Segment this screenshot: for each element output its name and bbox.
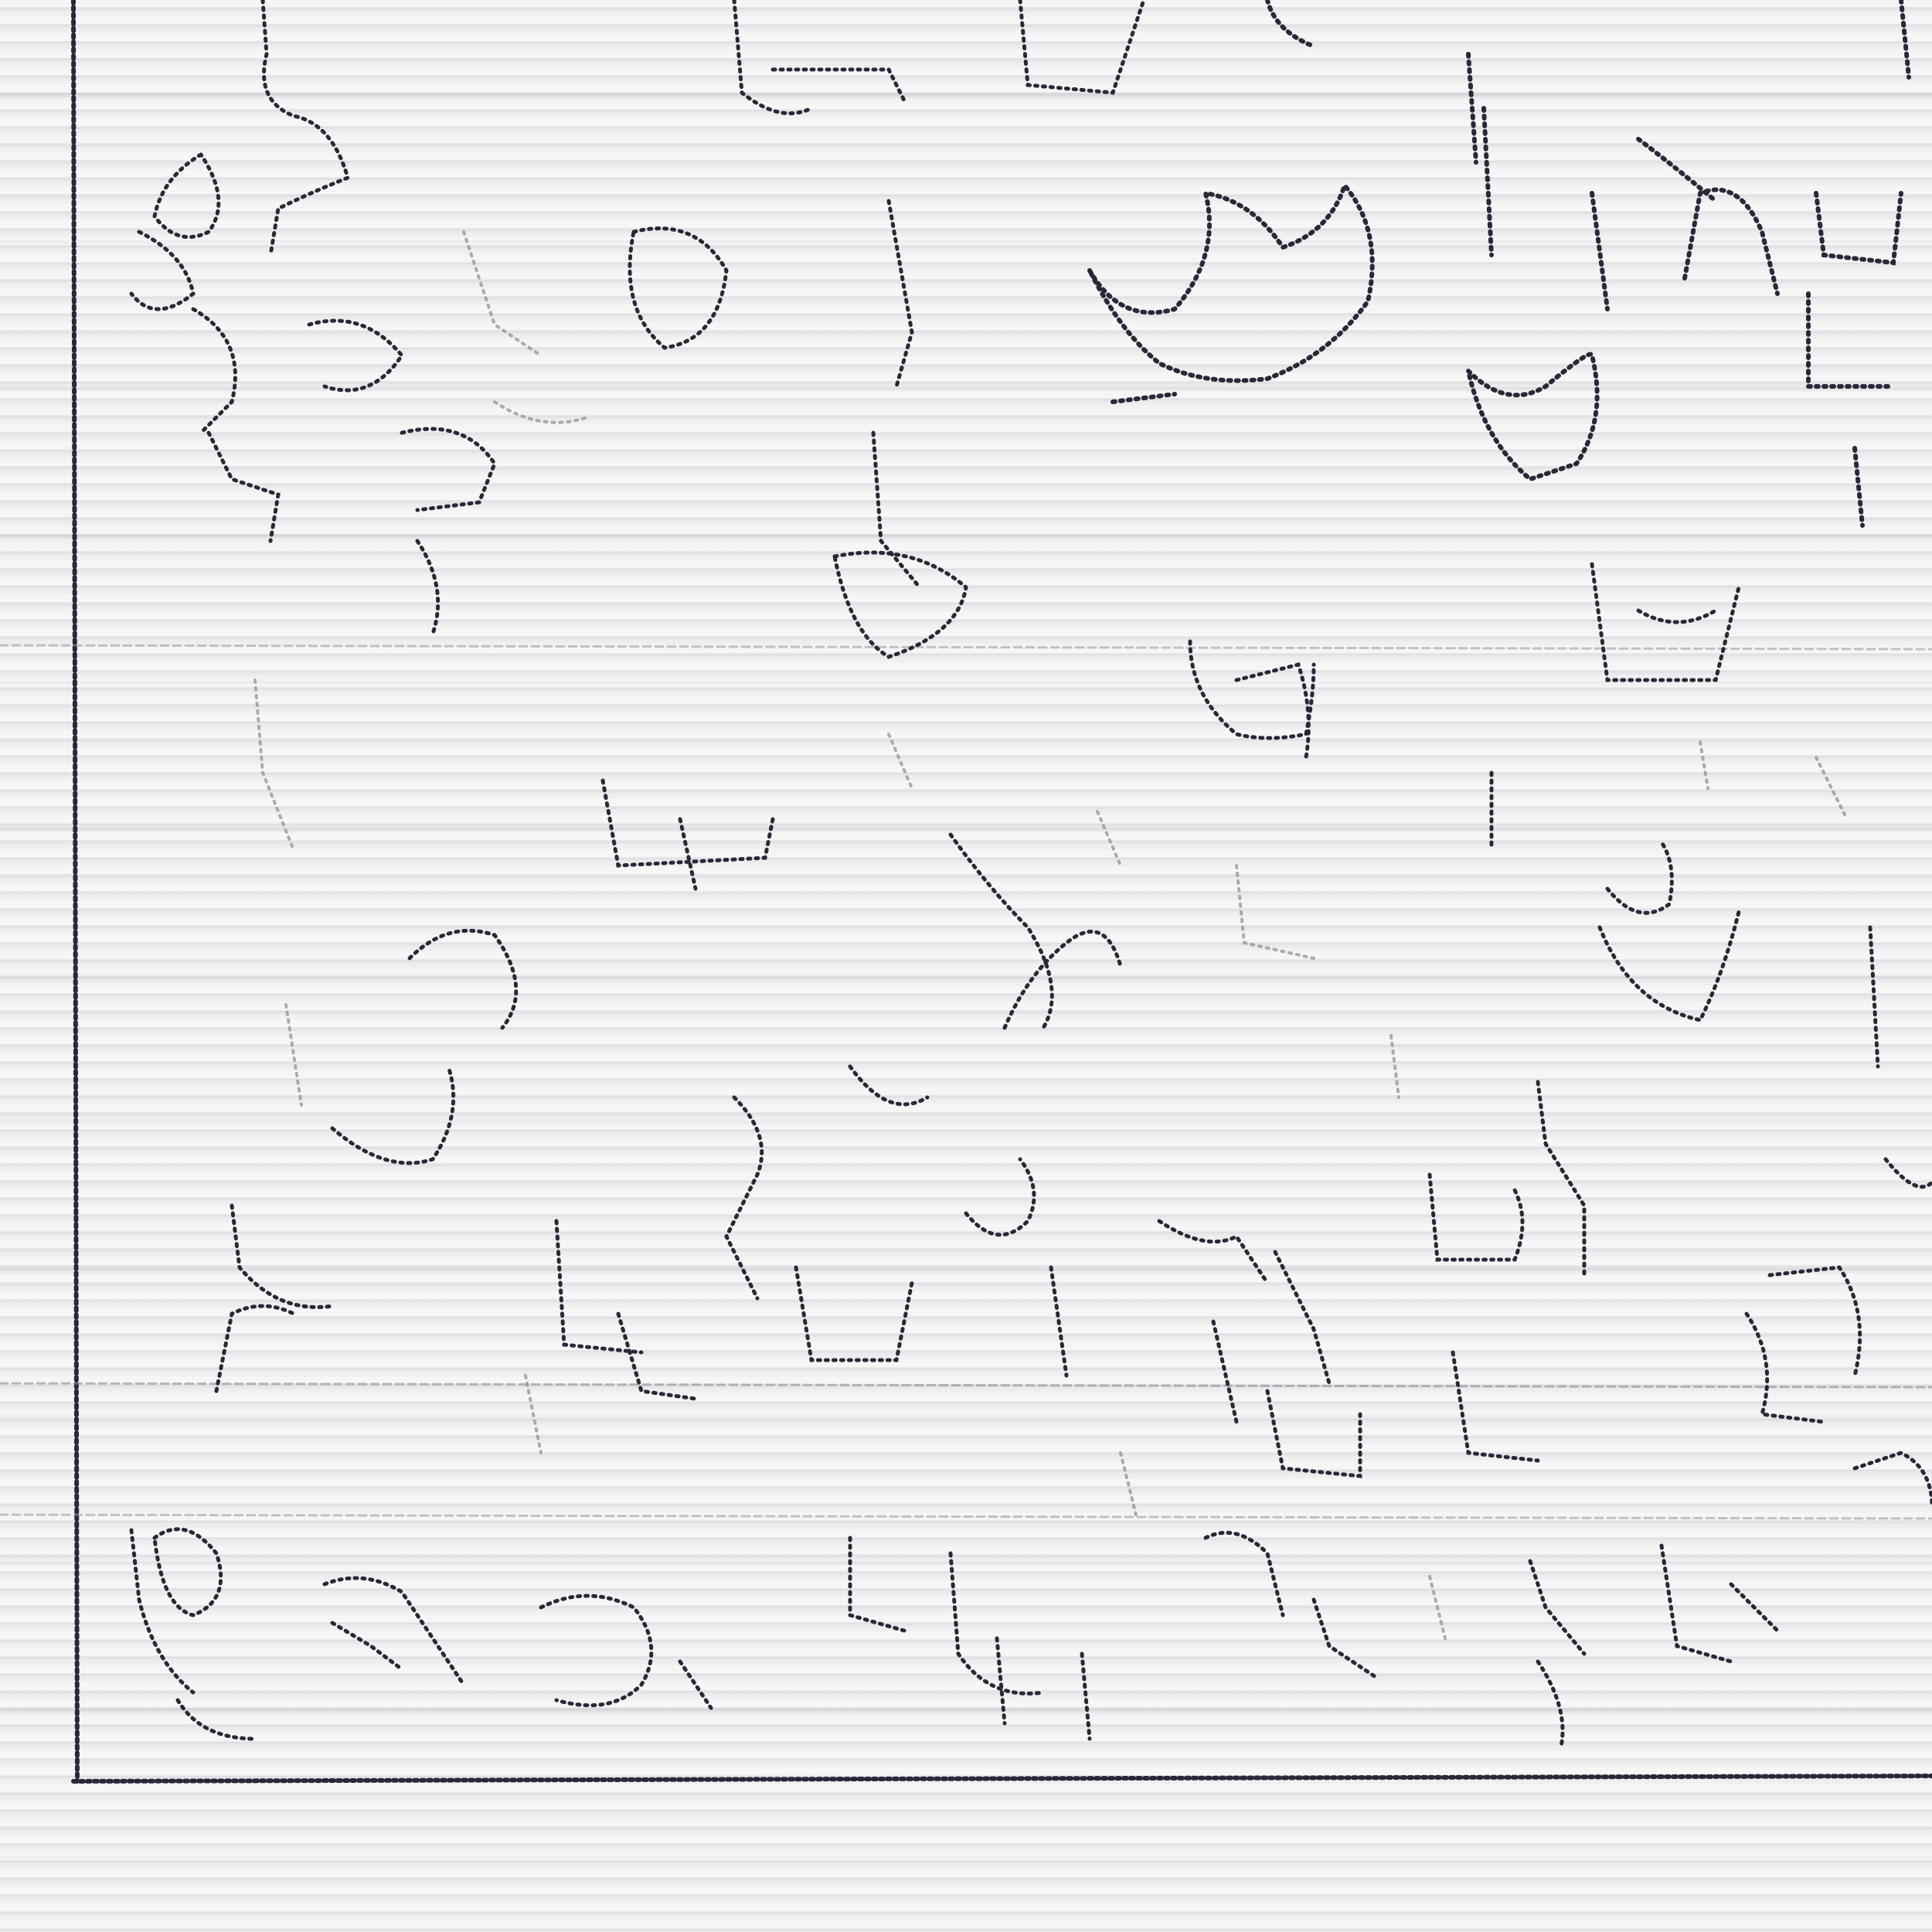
motif-top-left (131, 0, 495, 634)
rug-border (73, 0, 1932, 1781)
motif-mid-right (1190, 564, 1932, 1507)
rug-pattern (0, 0, 1932, 1932)
motif-bottom (131, 1529, 1777, 1747)
rug-surface: Close-up of a light grey hand-knotted ru… (0, 0, 1932, 1932)
motif-top-center (630, 0, 1144, 657)
motif-center (216, 781, 1584, 1476)
motif-top-right (1090, 0, 1909, 526)
